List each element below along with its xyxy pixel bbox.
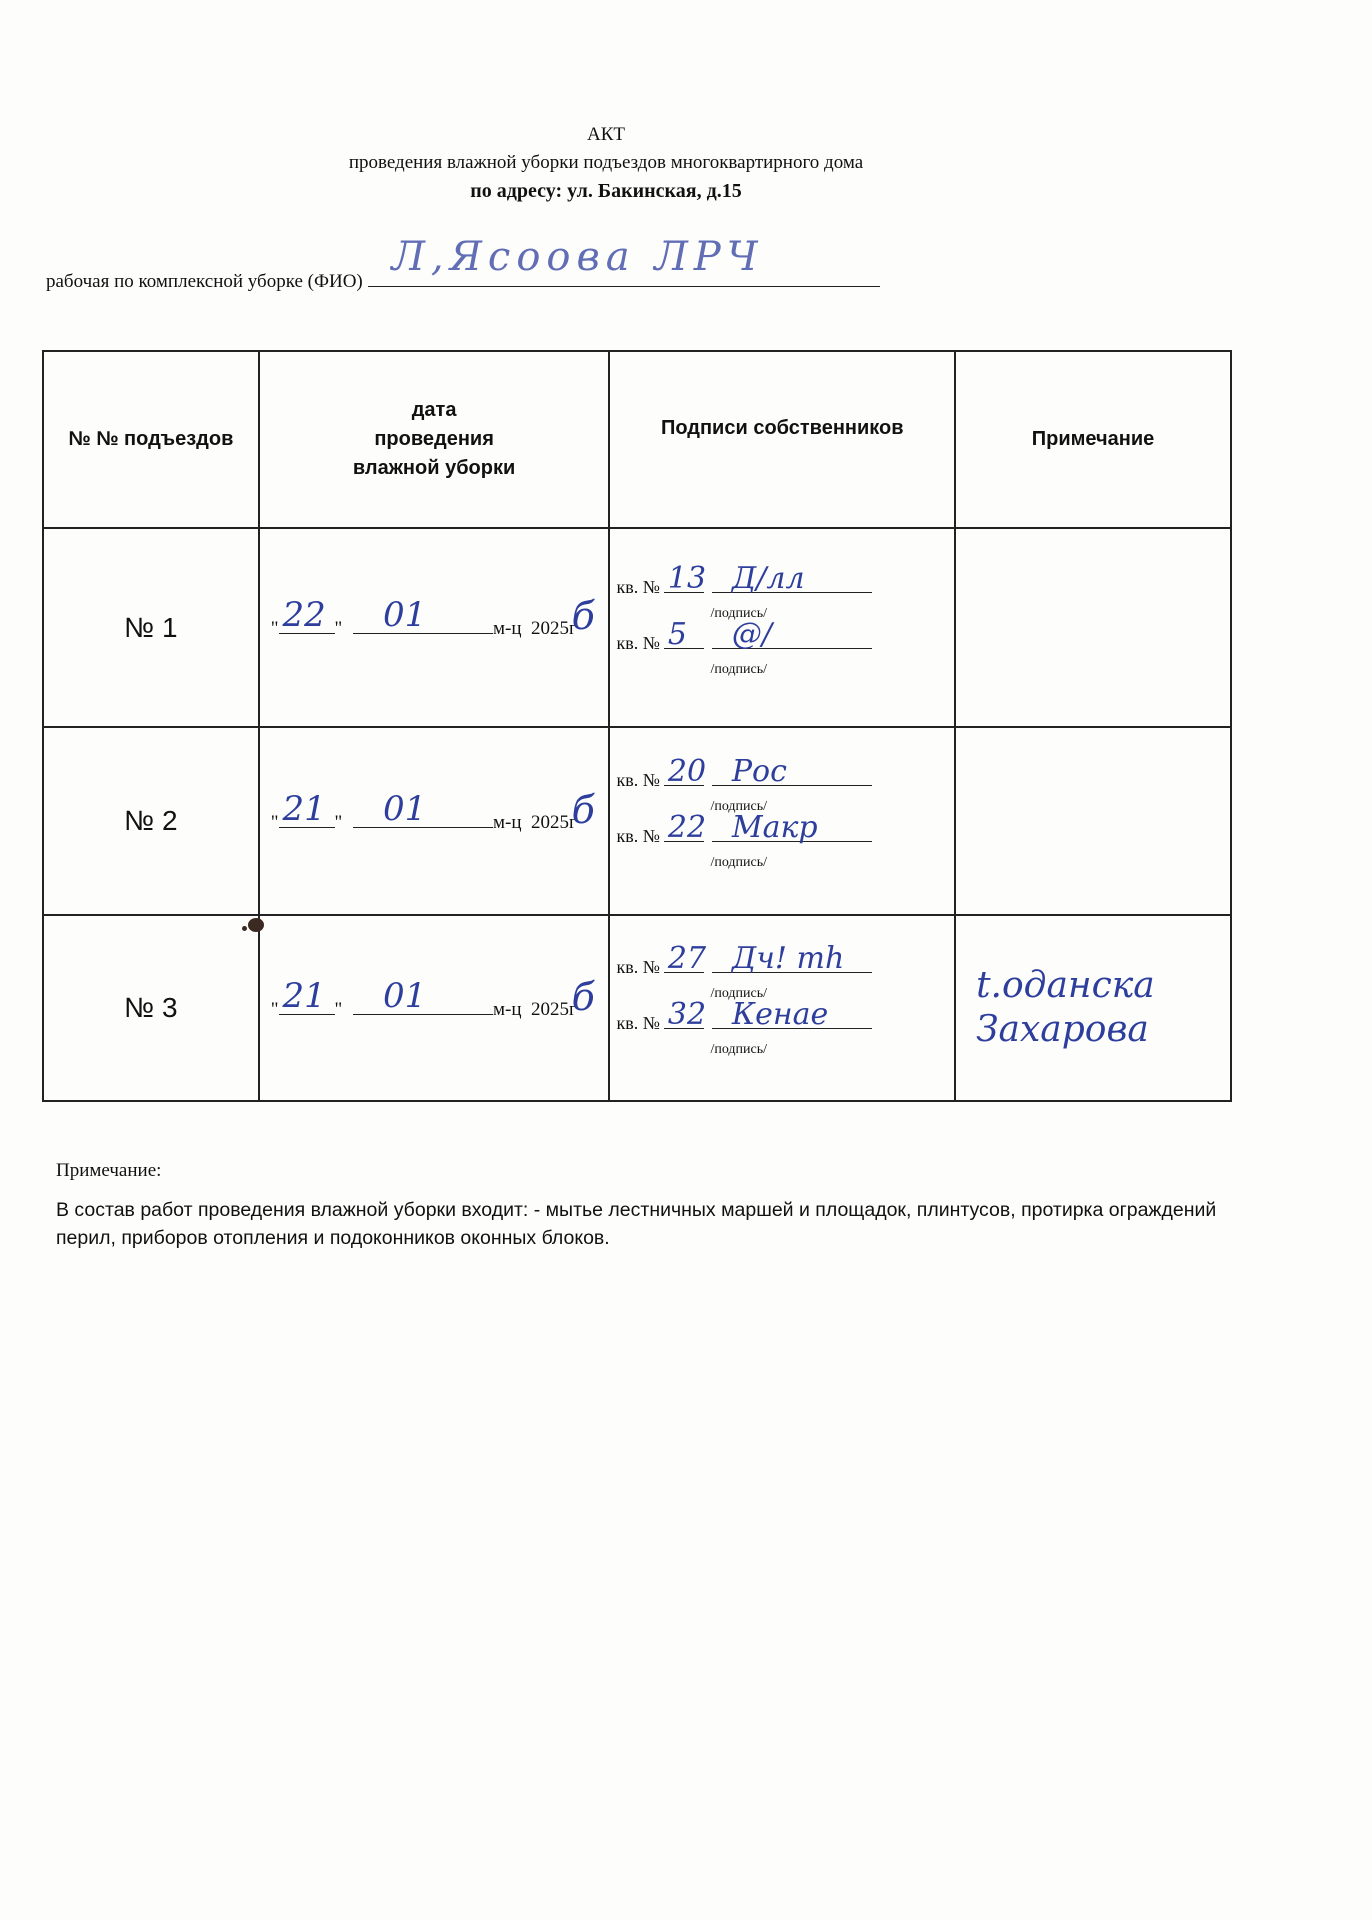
month-suffix: м-ц	[493, 618, 522, 639]
apartment-number-blank: 27	[664, 956, 704, 973]
ink-stain	[242, 926, 247, 931]
signature-blank: @/	[712, 632, 872, 649]
apartment-number-blank: 22	[664, 825, 704, 842]
worker-label: рабочая по комплексной уборке (ФИО)	[46, 271, 363, 292]
apartment-line: кв. №13Д/лл	[616, 576, 953, 606]
worker-field: рабочая по комплексной уборке (ФИО) Л,Яс…	[46, 268, 880, 293]
year: 2025гб	[531, 812, 577, 833]
note-cell: t.оданска Захарова	[955, 915, 1231, 1101]
header-signatures: Подписи собственников	[609, 351, 955, 528]
signature-blank: Макр	[712, 825, 872, 842]
handwritten-apartment-number: 22	[668, 810, 706, 845]
ink-stain	[248, 918, 264, 932]
note-text: В состав работ проведения влажной уборки…	[56, 1196, 1236, 1252]
handwritten-year-mark: б	[572, 975, 595, 1019]
signature-blank: Дч! mh	[712, 956, 872, 973]
handwritten-apartment-number: 27	[668, 941, 706, 976]
handwritten-year-mark: б	[572, 788, 595, 832]
header-date: дата проведения влажной уборки	[259, 351, 610, 528]
apartment-line: кв. №32Кенае	[616, 1012, 953, 1042]
signature-caption: /подпись/	[616, 662, 953, 684]
apartment-label: кв. №	[616, 1013, 659, 1033]
day-blank: 21	[279, 809, 335, 828]
apartment-number-blank: 32	[664, 1012, 704, 1029]
table-row: № 1"22" 01м-ц 2025гбкв. №13Д/лл/подпись/…	[43, 528, 1231, 727]
month-blank: 01	[353, 809, 493, 828]
worker-handwritten-name: Л,Ясоова ЛРЧ	[392, 234, 764, 280]
signature-blank: Рос	[712, 769, 872, 786]
owner-signature: Д/лл	[732, 561, 805, 596]
handwritten-day: 22	[283, 595, 326, 635]
entrance-number: № 1	[43, 528, 259, 727]
owner-signature: Рос	[732, 754, 787, 789]
signature-blank: Д/лл	[712, 576, 872, 593]
entrance-number: № 3	[43, 915, 259, 1101]
apartment-number-blank: 20	[664, 769, 704, 786]
year: 2025гб	[531, 999, 577, 1020]
owner-signature: @/	[732, 617, 772, 652]
handwritten-month: 01	[383, 976, 426, 1016]
cleaning-log-table: № № подъездов дата проведения влажной уб…	[42, 350, 1232, 1102]
note-cell	[955, 528, 1231, 727]
handwritten-month: 01	[383, 789, 426, 829]
owner-signature: Макр	[732, 810, 818, 845]
document-subtitle: проведения влажной уборки подъездов мног…	[0, 152, 1212, 174]
note-cell	[955, 727, 1231, 915]
worker-name-line: Л,Ясоова ЛРЧ	[368, 268, 880, 287]
apartment-number-blank: 13	[664, 576, 704, 593]
handwritten-apartment-number: 32	[668, 997, 706, 1032]
apartment-line: кв. №27Дч! mh	[616, 956, 953, 986]
apartment-label: кв. №	[616, 826, 659, 846]
owner-signature: Дч! mh	[732, 941, 844, 976]
owner-signature: Кенае	[732, 997, 828, 1032]
document-title: АКТ	[0, 124, 1212, 146]
signature-caption: /подпись/	[616, 1042, 953, 1064]
signature-caption: /подпись/	[616, 855, 953, 877]
cleaning-date: "21" 01м-ц 2025гб	[261, 996, 608, 1021]
month-blank: 01	[353, 996, 493, 1015]
apartment-line: кв. №5@/	[616, 632, 953, 662]
apartment-label: кв. №	[616, 770, 659, 790]
entrance-number: № 2	[43, 727, 259, 915]
table-row: № 2"21" 01м-ц 2025гбкв. №20Рос/подпись/к…	[43, 727, 1231, 915]
day-blank: 21	[279, 996, 335, 1015]
month-suffix: м-ц	[493, 812, 522, 833]
month-blank: 01	[353, 615, 493, 634]
handwritten-apartment-number: 13	[668, 561, 706, 596]
cleaning-date: "22" 01м-ц 2025гб	[261, 615, 608, 640]
apartment-number-blank: 5	[664, 632, 704, 649]
table-header-row: № № подъездов дата проведения влажной уб…	[43, 351, 1231, 528]
day-blank: 22	[279, 615, 335, 634]
date-cell: "21" 01м-ц 2025гб	[259, 915, 610, 1101]
cleaning-date: "21" 01м-ц 2025гб	[261, 809, 608, 834]
month-suffix: м-ц	[493, 999, 522, 1020]
date-cell: "21" 01м-ц 2025гб	[259, 727, 610, 915]
signatures-cell: кв. №13Д/лл/подпись/кв. №5@//подпись/	[609, 528, 955, 727]
apartment-line: кв. №22Макр	[616, 825, 953, 855]
handwritten-day: 21	[283, 789, 326, 829]
note-heading: Примечание:	[56, 1160, 161, 1182]
handwritten-apartment-number: 20	[668, 754, 706, 789]
handwritten-year-mark: б	[572, 594, 595, 638]
date-cell: "22" 01м-ц 2025гб	[259, 528, 610, 727]
table-row: № 3"21" 01м-ц 2025гбкв. №27Дч! mh/подпис…	[43, 915, 1231, 1101]
apartment-label: кв. №	[616, 957, 659, 977]
handwritten-day: 21	[283, 976, 326, 1016]
document-address: по адресу: ул. Бакинская, д.15	[0, 180, 1212, 203]
header-note: Примечание	[955, 351, 1231, 528]
signatures-cell: кв. №20Рос/подпись/кв. №22Макр/подпись/	[609, 727, 955, 915]
apartment-label: кв. №	[616, 577, 659, 597]
handwritten-apartment-number: 5	[668, 617, 687, 652]
handwritten-month: 01	[383, 595, 426, 635]
header-entrances: № № подъездов	[43, 351, 259, 528]
apartment-line: кв. №20Рос	[616, 769, 953, 799]
signatures-cell: кв. №27Дч! mh/подпись/кв. №32Кенае/подпи…	[609, 915, 955, 1101]
signature-blank: Кенае	[712, 1012, 872, 1029]
year: 2025гб	[531, 618, 577, 639]
apartment-label: кв. №	[616, 633, 659, 653]
